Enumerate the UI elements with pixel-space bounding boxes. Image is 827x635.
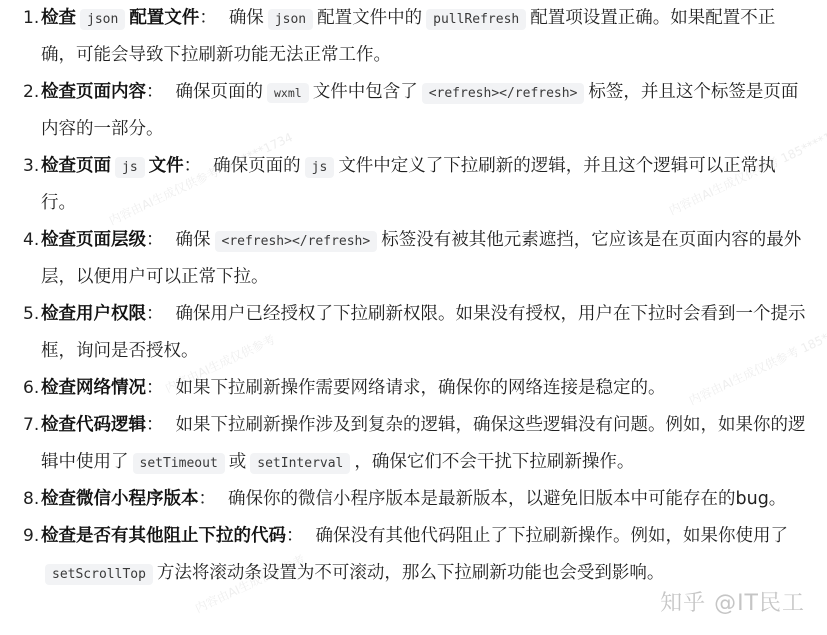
step-title: 检查页面层级	[41, 230, 146, 250]
step-description: 确保页面的	[176, 82, 264, 102]
step-description: 确保	[229, 8, 264, 28]
title-colon: ：	[146, 415, 164, 435]
inline-code: js	[305, 157, 335, 178]
inline-code: json	[268, 9, 313, 30]
inline-code: setTimeout	[133, 453, 225, 474]
troubleshooting-steps-list: 1.检查json配置文件：确保json配置文件中的pullRefresh配置项设…	[0, 0, 827, 592]
step-description: 确保页面的	[213, 156, 301, 176]
step-title: 检查用户权限	[41, 304, 146, 324]
step-title: 检查是否有其他阻止下拉的代码	[41, 526, 286, 546]
step-number: 7.	[23, 407, 39, 444]
step-title: 检查网络情况	[41, 378, 146, 398]
step-description: 文件中包含了	[313, 82, 418, 102]
title-colon: ：	[184, 156, 202, 176]
list-item: 4.检查页面层级：确保<refresh></refresh>标签没有被其他元素遮…	[0, 222, 827, 296]
list-item: 3.检查页面js文件：确保页面的js文件中定义了下拉刷新的逻辑，并且这个逻辑可以…	[0, 148, 827, 222]
step-number: 9.	[23, 518, 39, 555]
step-number: 1.	[23, 0, 39, 37]
list-item: 8.检查微信小程序版本：确保你的微信小程序版本是最新版本，以避免旧版本中可能存在…	[0, 481, 827, 518]
list-item: 6.检查网络情况：如果下拉刷新操作需要网络请求，确保你的网络连接是稳定的。	[0, 370, 827, 407]
inline-code: <refresh></refresh>	[422, 83, 585, 104]
step-number: 6.	[23, 370, 39, 407]
inline-code: json	[80, 9, 125, 30]
step-number: 2.	[23, 74, 39, 111]
title-colon: ：	[146, 378, 164, 398]
title-colon: ：	[286, 526, 304, 546]
list-item: 7.检查代码逻辑：如果下拉刷新操作涉及到复杂的逻辑，确保这些逻辑没有问题。例如，…	[0, 407, 827, 481]
list-item: 5.检查用户权限：确保用户已经授权了下拉刷新权限。如果没有授权，用户在下拉时会看…	[0, 296, 827, 370]
step-description: 配置文件中的	[317, 8, 422, 28]
inline-code: setScrollTop	[45, 564, 153, 585]
step-number: 5.	[23, 296, 39, 333]
inline-code: pullRefresh	[426, 9, 526, 30]
step-description: 确保	[176, 230, 211, 250]
title-colon: ：	[146, 304, 164, 324]
step-number: 4.	[23, 222, 39, 259]
inline-code: js	[115, 157, 145, 178]
list-item: 9.检查是否有其他阻止下拉的代码：确保没有其他代码阻止了下拉刷新操作。例如，如果…	[0, 518, 827, 592]
step-number: 3.	[23, 148, 39, 185]
step-title: 检查页面	[41, 156, 111, 176]
title-colon: ：	[199, 8, 217, 28]
step-title: 检查微信小程序版本	[41, 489, 199, 509]
step-title: 检查代码逻辑	[41, 415, 146, 435]
step-title: 检查页面内容	[41, 82, 146, 102]
step-description: 确保没有其他代码阻止了下拉刷新操作。例如，如果你使用了	[316, 526, 789, 546]
title-colon: ：	[146, 82, 164, 102]
inline-code: setInterval	[250, 453, 350, 474]
step-description: ，确保它们不会干扰下拉刷新操作。	[354, 452, 634, 472]
step-description: 如果下拉刷新操作需要网络请求，确保你的网络连接是稳定的。	[176, 378, 666, 398]
title-colon: ：	[146, 230, 164, 250]
title-colon: ：	[199, 489, 217, 509]
step-title: 配置文件	[129, 8, 199, 28]
step-title: 检查	[41, 8, 76, 28]
list-item: 2.检查页面内容：确保页面的wxml文件中包含了<refresh></refre…	[0, 74, 827, 148]
step-title: 文件	[149, 156, 184, 176]
list-item: 1.检查json配置文件：确保json配置文件中的pullRefresh配置项设…	[0, 0, 827, 74]
step-description: 确保你的微信小程序版本是最新版本，以避免旧版本中可能存在的bug。	[228, 489, 786, 509]
step-number: 8.	[23, 481, 39, 518]
document-body: 1.检查json配置文件：确保json配置文件中的pullRefresh配置项设…	[0, 0, 827, 592]
inline-code: wxml	[267, 83, 309, 103]
step-description: 或	[229, 452, 247, 472]
inline-code: <refresh></refresh>	[215, 231, 378, 252]
step-description: 方法将滚动条设置为不可滚动，那么下拉刷新功能也会受到影响。	[157, 563, 665, 583]
